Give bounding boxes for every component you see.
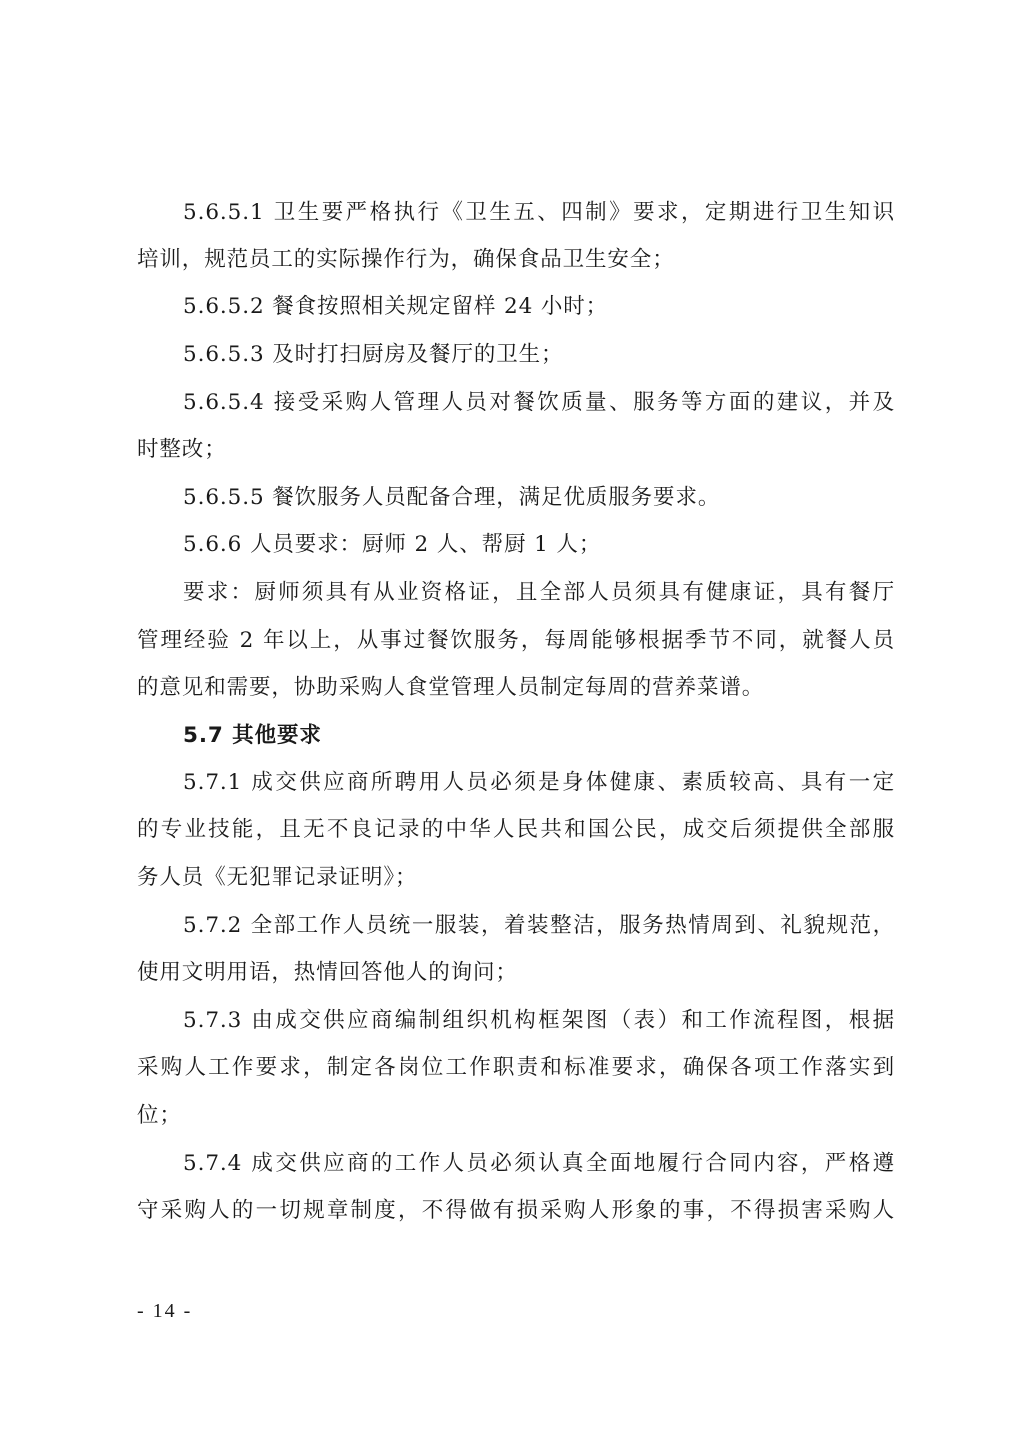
paragraph-5-6-5-4-line-2: 时整改； (137, 435, 895, 465)
paragraph-5-6-6: 5.6.6 人员要求：厨师 2 人、帮厨 1 人； (137, 530, 941, 560)
paragraph-5-7-1-line-1: 5.7.1 成交供应商所聘用人员必须是身体健康、素质较高、具有一定 (137, 768, 895, 798)
paragraph-5-7-1-line-2: 的专业技能，且无不良记录的中华人民共和国公民，成交后须提供全部服 (137, 815, 895, 845)
page-number: - 14 - (137, 1296, 192, 1326)
paragraph-5-7-4-line-1: 5.7.4 成交供应商的工作人员必须认真全面地履行合同内容，严格遵 (137, 1149, 895, 1179)
paragraph-5-7-2-line-2: 使用文明用语，热情回答他人的询问； (137, 958, 895, 988)
paragraph-5-7-4-line-2: 守采购人的一切规章制度，不得做有损采购人形象的事，不得损害采购人 (137, 1196, 895, 1226)
paragraph-5-7-3-line-3: 位； (137, 1101, 895, 1131)
paragraph-5-7-3-line-1: 5.7.3 由成交供应商编制组织机构框架图（表）和工作流程图，根据 (137, 1006, 895, 1036)
paragraph-5-6-5-5: 5.6.5.5 餐饮服务人员配备合理，满足优质服务要求。 (137, 483, 941, 513)
paragraph-5-6-5-1-line-1: 5.6.5.1 卫生要严格执行《卫生五、四制》要求，定期进行卫生知识 (137, 198, 895, 228)
paragraph-5-7-1-line-3: 务人员《无犯罪记录证明》； (137, 863, 895, 893)
paragraph-5-7-2-line-1: 5.7.2 全部工作人员统一服装，着装整洁，服务热情周到、礼貌规范， (137, 911, 895, 941)
paragraph-requirements-line-3: 的意见和需要，协助采购人食堂管理人员制定每周的营养菜谱。 (137, 673, 895, 703)
paragraph-5-7-3-line-2: 采购人工作要求，制定各岗位工作职责和标准要求，确保各项工作落实到 (137, 1053, 895, 1083)
paragraph-5-6-5-2: 5.6.5.2 餐食按照相关规定留样 24 小时； (137, 292, 941, 322)
paragraph-requirements-line-1: 要求：厨师须具有从业资格证，且全部人员须具有健康证，具有餐厅 (137, 578, 895, 608)
paragraph-5-6-5-3: 5.6.5.3 及时打扫厨房及餐厅的卫生； (137, 340, 941, 370)
paragraph-requirements-line-2: 管理经验 2 年以上，从事过餐饮服务，每周能够根据季节不同，就餐人员 (137, 626, 895, 656)
section-heading-5-7: 5.7 其他要求 (137, 721, 941, 751)
paragraph-5-6-5-4-line-1: 5.6.5.4 接受采购人管理人员对餐饮质量、服务等方面的建议，并及 (137, 388, 895, 418)
paragraph-5-6-5-1-line-2: 培训，规范员工的实际操作行为，确保食品卫生安全； (137, 245, 895, 275)
